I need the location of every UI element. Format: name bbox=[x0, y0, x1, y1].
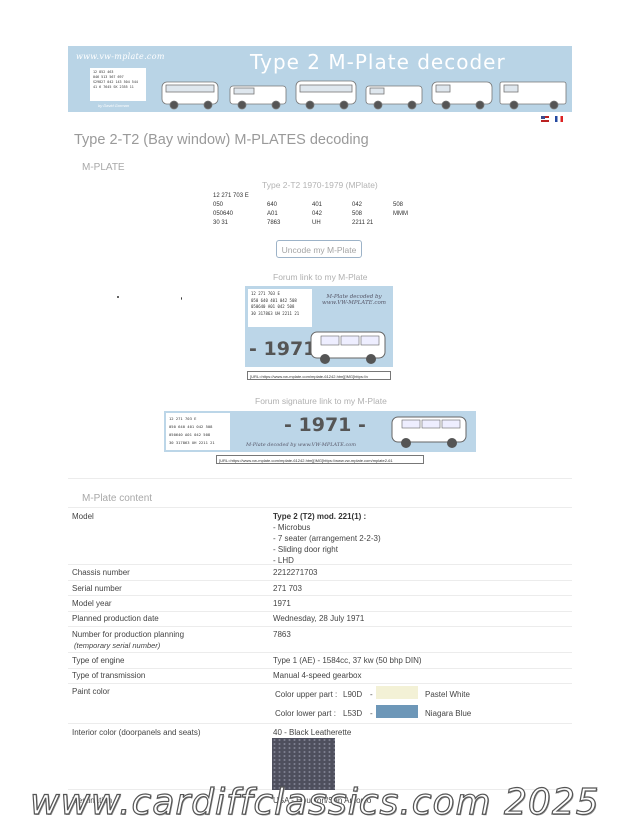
plate-cell: 2211 21 bbox=[352, 220, 373, 226]
paint-color-row: Paint color Color upper part : L90D - Pa… bbox=[68, 686, 572, 724]
paint-upper: Color upper part : L90D - Pastel White bbox=[273, 686, 553, 705]
row-label: Model year bbox=[72, 598, 112, 609]
site-banner[interactable]: www.vw-mplate.com Type 2 M-Plate decoder… bbox=[68, 46, 572, 112]
forum-link-url-field[interactable]: [URL=https://www.vw-mplate.com/mplate-61… bbox=[247, 371, 391, 380]
paint-dash: - bbox=[370, 708, 373, 719]
scan-speck bbox=[117, 296, 119, 298]
plate-cell: MMM bbox=[393, 211, 408, 217]
paint-lower: Color lower part : L53D - Niagara Blue bbox=[273, 705, 553, 724]
forum-signature-image[interactable]: 12 271 703 E 050 640 401 042 508 050640 … bbox=[164, 411, 476, 452]
engine-row: Type of engine Type 1 (AE) - 1584cc, 37 … bbox=[68, 655, 572, 669]
plate-cell: 640 bbox=[267, 202, 277, 208]
banner-site-url: www.vw-mplate.com bbox=[76, 52, 165, 61]
production-date-row: Planned production date Wednesday, 28 Ju… bbox=[68, 613, 572, 627]
plate-type-title: Type 2-T2 1970-1979 (MPlate) bbox=[262, 180, 378, 190]
page-title: Type 2-T2 (Bay window) M-PLATES decoding bbox=[74, 132, 369, 148]
plate-line: 41 6 7645 SK 2355 11 bbox=[93, 85, 143, 90]
signature-plate: 12 271 703 E 050 640 401 042 508 050640 … bbox=[166, 413, 230, 450]
model-detail: - LHD bbox=[273, 555, 381, 566]
production-planning-row: Number for production planning (temporar… bbox=[68, 629, 572, 653]
content-section-heading: M-Plate content bbox=[82, 493, 152, 504]
scan-speck bbox=[181, 297, 182, 300]
row-value: 1971 bbox=[273, 598, 291, 609]
row-value: 271 703 bbox=[273, 583, 302, 594]
single-cab-pickup-icon bbox=[366, 86, 422, 109]
paint-part-label: Color upper part : bbox=[275, 689, 337, 700]
model-row: Model Type 2 (T2) mod. 221(1) : - Microb… bbox=[68, 511, 572, 565]
model-detail: - Sliding door right bbox=[273, 544, 381, 555]
row-label: Interior color (doorpanels and seats) bbox=[72, 727, 201, 738]
paint-code: L90D bbox=[343, 689, 362, 700]
plate-cell: 30 31 bbox=[213, 220, 228, 226]
uncode-mplate-button[interactable]: Uncode my M-Plate bbox=[276, 240, 362, 258]
paint-part-label: Color lower part : bbox=[275, 708, 336, 719]
forum-link-heading: Forum link to my M-Plate bbox=[273, 272, 367, 282]
t3-van-icon bbox=[500, 82, 566, 109]
language-switcher bbox=[541, 116, 563, 122]
bay-window-bus-icon bbox=[296, 81, 356, 109]
row-label: Planned production date bbox=[72, 613, 159, 624]
bay-window-bus-icon bbox=[309, 328, 389, 366]
paint-values: Color upper part : L90D - Pastel White C… bbox=[273, 686, 553, 724]
paint-swatch-upper bbox=[376, 686, 418, 699]
plate-line: 30 317863 UH 2211 21 bbox=[251, 311, 309, 318]
plate-line: 30 317863 UH 2211 21 bbox=[169, 439, 227, 447]
transmission-row: Type of transmission Manual 4-speed gear… bbox=[68, 670, 572, 684]
model-value: Type 2 (T2) mod. 221(1) : - Microbus - 7… bbox=[273, 511, 381, 566]
model-label: Model bbox=[72, 511, 94, 522]
row-label: Type of transmission bbox=[72, 670, 145, 681]
double-cab-pickup-icon bbox=[230, 86, 286, 109]
row-value: 2212271703 bbox=[273, 567, 318, 578]
row-value: 7863 bbox=[273, 629, 291, 640]
plate-cell: 050 bbox=[213, 202, 223, 208]
model-title: Type 2 (T2) mod. 221(1) : bbox=[273, 512, 366, 521]
row-value: Type 1 (AE) - 1584cc, 37 kw (50 bhp DIN) bbox=[273, 655, 422, 666]
divider bbox=[68, 507, 572, 508]
row-label: Number for production planning (temporar… bbox=[72, 629, 184, 651]
forum-link-image[interactable]: 12 271 703 E 050 640 401 042 508 050640 … bbox=[245, 286, 393, 367]
van-lineup-icon bbox=[160, 76, 570, 112]
france-flag-icon[interactable] bbox=[555, 116, 563, 122]
decoded-by-text: M-Plate decoded by www.VW-MPLATE.com bbox=[246, 442, 356, 448]
plate-line: 050 640 401 042 508 bbox=[169, 423, 227, 431]
row-label: Serial number bbox=[72, 583, 122, 594]
plate-cell: 042 bbox=[312, 211, 322, 217]
banner-byline: by David Gorman bbox=[98, 103, 129, 108]
chassis-number-row: Chassis number 2212271703 bbox=[68, 567, 572, 581]
plate-line: 050640 A01 042 508 bbox=[169, 431, 227, 439]
forum-plate: 12 271 703 E 050 640 401 042 508 050640 … bbox=[248, 289, 312, 327]
watermark: www.cardiffclassics.com 2025 bbox=[30, 782, 600, 823]
paint-code: L53D bbox=[343, 708, 362, 719]
banner-title: Type 2 M-Plate decoder bbox=[250, 50, 506, 74]
us-flag-icon[interactable] bbox=[541, 116, 549, 122]
plate-cell: 508 bbox=[393, 202, 403, 208]
mplate-section-heading: M-PLATE bbox=[82, 162, 125, 173]
plate-line: 12 271 703 E bbox=[169, 415, 227, 423]
panel-van-icon bbox=[432, 82, 492, 109]
row-label-note: (temporary serial number) bbox=[72, 640, 184, 651]
paint-swatch-lower bbox=[376, 705, 418, 718]
row-label-text: Number for production planning bbox=[72, 630, 184, 639]
divider bbox=[68, 478, 572, 479]
model-year-row: Model year 1971 bbox=[68, 598, 572, 612]
decoded-by-text: M-Plate decoded by www.VW-MPLATE.com bbox=[319, 294, 389, 306]
plate-cell: 12 271 703 E bbox=[213, 193, 249, 199]
plate-cell: 050640 bbox=[213, 211, 233, 217]
row-label: Paint color bbox=[72, 686, 110, 697]
plate-cell: 508 bbox=[352, 211, 362, 217]
paint-name: Niagara Blue bbox=[425, 708, 471, 719]
row-label: Chassis number bbox=[72, 567, 130, 578]
paint-dash: - bbox=[370, 689, 373, 700]
banner-sample-plate: 12 852 463 046 513 567 697 S29827 042 14… bbox=[90, 68, 146, 101]
forum-signature-heading: Forum signature link to my M-Plate bbox=[255, 396, 387, 406]
row-value: Manual 4-speed gearbox bbox=[273, 670, 362, 681]
plate-cell: UH bbox=[312, 220, 321, 226]
plate-cell: A01 bbox=[267, 211, 278, 217]
serial-number-row: Serial number 271 703 bbox=[68, 583, 572, 596]
forum-signature-url-field[interactable]: [URL=https://www.vw-mplate.com/mplate-61… bbox=[216, 455, 424, 464]
plate-cell: 401 bbox=[312, 202, 322, 208]
splitscreen-bus-icon bbox=[162, 82, 218, 109]
year-badge: - 1971 - bbox=[284, 414, 366, 436]
bay-window-bus-icon bbox=[390, 413, 470, 451]
row-label: Type of engine bbox=[72, 655, 124, 666]
model-detail: - Microbus bbox=[273, 522, 381, 533]
row-value: Wednesday, 28 July 1971 bbox=[273, 613, 364, 624]
model-detail: - 7 seater (arrangement 2-2-3) bbox=[273, 533, 381, 544]
plate-cell: 042 bbox=[352, 202, 362, 208]
paint-name: Pastel White bbox=[425, 689, 470, 700]
plate-cell: 7863 bbox=[267, 220, 280, 226]
row-value: 40 - Black Leatherette bbox=[273, 727, 351, 738]
